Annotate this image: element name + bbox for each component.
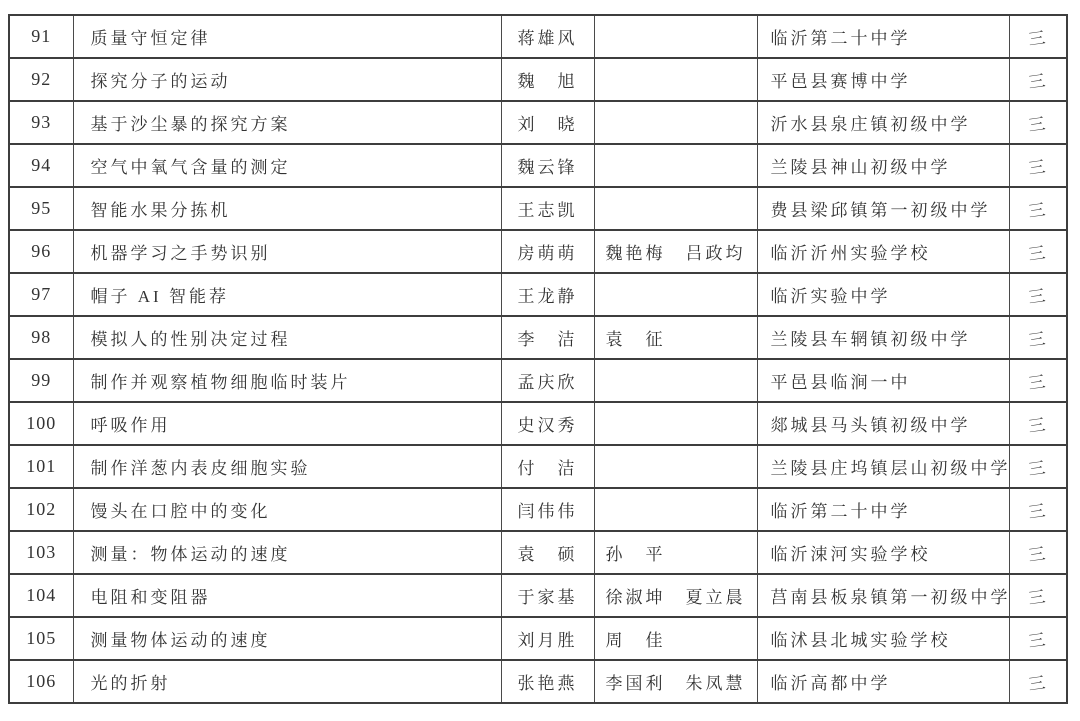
first-author-cell: 闫伟伟 bbox=[501, 488, 594, 531]
co-authors-cell: 袁 征 bbox=[594, 316, 757, 359]
award-grade: 三 bbox=[1026, 367, 1049, 395]
project-title: 探究分子的运动 bbox=[91, 72, 231, 91]
project-title: 机器学习之手势识别 bbox=[91, 244, 271, 263]
row-number: 94 bbox=[31, 155, 51, 175]
table-row: 106 光的折射 张艳燕 李国利 朱凤慧 临沂高都中学 三 bbox=[9, 660, 1067, 703]
first-author-cell: 王龙静 bbox=[501, 273, 594, 316]
award-grade-cell: 三 bbox=[1009, 574, 1067, 617]
award-grade-cell: 三 bbox=[1009, 660, 1067, 703]
table-row: 102 馒头在口腔中的变化 闫伟伟 临沂第二十中学 三 bbox=[9, 488, 1067, 531]
row-number: 101 bbox=[26, 456, 56, 476]
project-title: 测量：物体运动的速度 bbox=[91, 545, 291, 564]
award-grade: 三 bbox=[1026, 109, 1049, 137]
co-authors-cell: 徐淑坤 夏立晨 bbox=[594, 574, 757, 617]
award-grade: 三 bbox=[1026, 410, 1049, 438]
row-number-cell: 96 bbox=[9, 230, 73, 273]
first-author-name: 刘 晓 bbox=[518, 115, 578, 134]
table-row: 98 模拟人的性别决定过程 李 洁 袁 征 兰陵县车辋镇初级中学 三 bbox=[9, 316, 1067, 359]
first-author-name: 魏 旭 bbox=[518, 72, 578, 91]
school-name: 临沭县北城实验学校 bbox=[771, 631, 951, 650]
project-title-cell: 帽子 AI 智能荐 bbox=[73, 273, 501, 316]
row-number: 99 bbox=[31, 370, 51, 390]
award-grade: 三 bbox=[1026, 152, 1049, 180]
award-grade-cell: 三 bbox=[1009, 230, 1067, 273]
row-number: 104 bbox=[26, 585, 56, 605]
row-number-cell: 98 bbox=[9, 316, 73, 359]
first-author-name: 闫伟伟 bbox=[518, 502, 578, 521]
first-author-cell: 史汉秀 bbox=[501, 402, 594, 445]
project-title-cell: 基于沙尘暴的探究方案 bbox=[73, 101, 501, 144]
first-author-name: 房萌萌 bbox=[518, 244, 578, 263]
row-number-cell: 95 bbox=[9, 187, 73, 230]
school-cell: 兰陵县车辋镇初级中学 bbox=[757, 316, 1009, 359]
co-authors-cell bbox=[594, 187, 757, 230]
project-title-cell: 模拟人的性别决定过程 bbox=[73, 316, 501, 359]
award-grade-cell: 三 bbox=[1009, 488, 1067, 531]
row-number-cell: 99 bbox=[9, 359, 73, 402]
co-authors-names: 周 佳 bbox=[606, 631, 666, 650]
co-authors-names: 李国利 朱凤慧 bbox=[606, 674, 746, 693]
co-authors-names: 孙 平 bbox=[606, 545, 666, 564]
first-author-name: 李 洁 bbox=[518, 330, 578, 349]
table-row: 91 质量守恒定律 蒋雄风 临沂第二十中学 三 bbox=[9, 15, 1067, 58]
school-name: 临沂沂州实验学校 bbox=[771, 244, 931, 263]
first-author-name: 付 洁 bbox=[518, 459, 578, 478]
row-number-cell: 102 bbox=[9, 488, 73, 531]
award-grade-cell: 三 bbox=[1009, 316, 1067, 359]
school-name: 临沂第二十中学 bbox=[771, 502, 911, 521]
school-name: 临沂第二十中学 bbox=[771, 29, 911, 48]
award-grade: 三 bbox=[1026, 281, 1049, 309]
table-row: 99 制作并观察植物细胞临时装片 孟庆欣 平邑县临涧一中 三 bbox=[9, 359, 1067, 402]
school-cell: 临沂高都中学 bbox=[757, 660, 1009, 703]
award-grade-cell: 三 bbox=[1009, 273, 1067, 316]
project-title: 制作洋葱内表皮细胞实验 bbox=[91, 459, 311, 478]
first-author-name: 孟庆欣 bbox=[518, 373, 578, 392]
school-name: 沂水县泉庄镇初级中学 bbox=[771, 115, 971, 134]
project-title: 质量守恒定律 bbox=[91, 29, 211, 48]
first-author-cell: 袁 硕 bbox=[501, 531, 594, 574]
award-grade-cell: 三 bbox=[1009, 445, 1067, 488]
award-grade: 三 bbox=[1026, 66, 1049, 94]
row-number-cell: 97 bbox=[9, 273, 73, 316]
award-grade: 三 bbox=[1026, 582, 1049, 610]
table-row: 100 呼吸作用 史汉秀 郯城县马头镇初级中学 三 bbox=[9, 402, 1067, 445]
row-number: 106 bbox=[26, 671, 56, 691]
school-name: 费县梁邱镇第一初级中学 bbox=[771, 201, 991, 220]
table-row: 92 探究分子的运动 魏 旭 平邑县赛博中学 三 bbox=[9, 58, 1067, 101]
row-number-cell: 94 bbox=[9, 144, 73, 187]
co-authors-cell bbox=[594, 445, 757, 488]
first-author-cell: 李 洁 bbox=[501, 316, 594, 359]
co-authors-cell bbox=[594, 101, 757, 144]
project-title: 制作并观察植物细胞临时装片 bbox=[91, 373, 351, 392]
first-author-cell: 刘 晓 bbox=[501, 101, 594, 144]
award-grade: 三 bbox=[1026, 324, 1049, 352]
project-title: 空气中氧气含量的测定 bbox=[91, 158, 291, 177]
project-title: 智能水果分拣机 bbox=[91, 201, 231, 220]
row-number: 98 bbox=[31, 327, 51, 347]
row-number: 103 bbox=[26, 542, 56, 562]
row-number: 97 bbox=[31, 284, 51, 304]
first-author-cell: 刘月胜 bbox=[501, 617, 594, 660]
award-grade: 三 bbox=[1026, 625, 1049, 653]
co-authors-cell: 魏艳梅 吕政均 bbox=[594, 230, 757, 273]
school-name: 兰陵县庄坞镇层山初级中学 bbox=[771, 459, 1010, 478]
table-row: 94 空气中氧气含量的测定 魏云锋 兰陵县神山初级中学 三 bbox=[9, 144, 1067, 187]
award-grade: 三 bbox=[1026, 195, 1049, 223]
table-row: 97 帽子 AI 智能荐 王龙静 临沂实验中学 三 bbox=[9, 273, 1067, 316]
co-authors-names: 袁 征 bbox=[606, 330, 666, 349]
first-author-name: 蒋雄风 bbox=[518, 29, 578, 48]
school-cell: 费县梁邱镇第一初级中学 bbox=[757, 187, 1009, 230]
co-authors-cell: 周 佳 bbox=[594, 617, 757, 660]
school-name: 平邑县临涧一中 bbox=[771, 373, 911, 392]
school-cell: 临沭县北城实验学校 bbox=[757, 617, 1009, 660]
row-number-cell: 101 bbox=[9, 445, 73, 488]
school-cell: 兰陵县庄坞镇层山初级中学 bbox=[757, 445, 1009, 488]
first-author-name: 于家基 bbox=[518, 588, 578, 607]
row-number-cell: 91 bbox=[9, 15, 73, 58]
school-name: 平邑县赛博中学 bbox=[771, 72, 911, 91]
project-title-cell: 光的折射 bbox=[73, 660, 501, 703]
co-authors-cell bbox=[594, 402, 757, 445]
school-cell: 平邑县赛博中学 bbox=[757, 58, 1009, 101]
row-number-cell: 100 bbox=[9, 402, 73, 445]
project-title-cell: 质量守恒定律 bbox=[73, 15, 501, 58]
award-grade: 三 bbox=[1026, 539, 1049, 567]
row-number-cell: 104 bbox=[9, 574, 73, 617]
first-author-cell: 付 洁 bbox=[501, 445, 594, 488]
award-grade-cell: 三 bbox=[1009, 402, 1067, 445]
award-grade: 三 bbox=[1026, 238, 1049, 266]
row-number: 100 bbox=[26, 413, 56, 433]
first-author-cell: 房萌萌 bbox=[501, 230, 594, 273]
award-grade-cell: 三 bbox=[1009, 144, 1067, 187]
school-name: 莒南县板泉镇第一初级中学 bbox=[771, 588, 1010, 607]
first-author-cell: 王志凯 bbox=[501, 187, 594, 230]
project-title-cell: 馒头在口腔中的变化 bbox=[73, 488, 501, 531]
school-cell: 兰陵县神山初级中学 bbox=[757, 144, 1009, 187]
school-cell: 郯城县马头镇初级中学 bbox=[757, 402, 1009, 445]
school-cell: 临沂第二十中学 bbox=[757, 15, 1009, 58]
award-grade: 三 bbox=[1026, 668, 1049, 696]
row-number: 91 bbox=[31, 26, 51, 46]
row-number: 92 bbox=[31, 69, 51, 89]
award-grade-cell: 三 bbox=[1009, 187, 1067, 230]
first-author-cell: 于家基 bbox=[501, 574, 594, 617]
co-authors-cell: 孙 平 bbox=[594, 531, 757, 574]
school-cell: 平邑县临涧一中 bbox=[757, 359, 1009, 402]
row-number-cell: 105 bbox=[9, 617, 73, 660]
co-authors-cell bbox=[594, 273, 757, 316]
award-grade: 三 bbox=[1026, 23, 1049, 51]
award-grade: 三 bbox=[1026, 496, 1049, 524]
table-row: 103 测量：物体运动的速度 袁 硕 孙 平 临沂涑河实验学校 三 bbox=[9, 531, 1067, 574]
school-name: 临沂涑河实验学校 bbox=[771, 545, 931, 564]
table-row: 101 制作洋葱内表皮细胞实验 付 洁 兰陵县庄坞镇层山初级中学 三 bbox=[9, 445, 1067, 488]
project-title: 测量物体运动的速度 bbox=[91, 631, 271, 650]
project-title: 帽子 AI 智能荐 bbox=[91, 287, 229, 306]
project-title: 基于沙尘暴的探究方案 bbox=[91, 115, 291, 134]
co-authors-cell bbox=[594, 359, 757, 402]
school-cell: 临沂实验中学 bbox=[757, 273, 1009, 316]
project-title-cell: 制作并观察植物细胞临时装片 bbox=[73, 359, 501, 402]
co-authors-cell bbox=[594, 58, 757, 101]
co-authors-cell bbox=[594, 488, 757, 531]
first-author-cell: 张艳燕 bbox=[501, 660, 594, 703]
first-author-cell: 蒋雄风 bbox=[501, 15, 594, 58]
first-author-name: 袁 硕 bbox=[518, 545, 578, 564]
school-name: 临沂实验中学 bbox=[771, 287, 891, 306]
school-cell: 莒南县板泉镇第一初级中学 bbox=[757, 574, 1009, 617]
award-grade-cell: 三 bbox=[1009, 359, 1067, 402]
co-authors-names: 徐淑坤 夏立晨 bbox=[606, 588, 746, 607]
first-author-cell: 魏 旭 bbox=[501, 58, 594, 101]
first-author-name: 张艳燕 bbox=[518, 674, 578, 693]
row-number: 102 bbox=[26, 499, 56, 519]
table-row: 96 机器学习之手势识别 房萌萌 魏艳梅 吕政均 临沂沂州实验学校 三 bbox=[9, 230, 1067, 273]
first-author-name: 魏云锋 bbox=[518, 158, 578, 177]
project-title-cell: 呼吸作用 bbox=[73, 402, 501, 445]
first-author-name: 刘月胜 bbox=[518, 631, 578, 650]
first-author-cell: 孟庆欣 bbox=[501, 359, 594, 402]
award-grade-cell: 三 bbox=[1009, 531, 1067, 574]
project-title-cell: 测量：物体运动的速度 bbox=[73, 531, 501, 574]
school-cell: 临沂沂州实验学校 bbox=[757, 230, 1009, 273]
project-title-cell: 探究分子的运动 bbox=[73, 58, 501, 101]
award-grade-cell: 三 bbox=[1009, 101, 1067, 144]
project-title-cell: 电阻和变阻器 bbox=[73, 574, 501, 617]
row-number-cell: 92 bbox=[9, 58, 73, 101]
project-title: 呼吸作用 bbox=[91, 416, 171, 435]
award-table-body: 91 质量守恒定律 蒋雄风 临沂第二十中学 三 92 探究分子的运动 魏 旭 bbox=[9, 15, 1067, 703]
row-number: 93 bbox=[31, 112, 51, 132]
project-title: 馒头在口腔中的变化 bbox=[91, 502, 271, 521]
row-number-cell: 93 bbox=[9, 101, 73, 144]
school-name: 临沂高都中学 bbox=[771, 674, 891, 693]
school-cell: 临沂涑河实验学校 bbox=[757, 531, 1009, 574]
row-number: 96 bbox=[31, 241, 51, 261]
table-row: 105 测量物体运动的速度 刘月胜 周 佳 临沭县北城实验学校 三 bbox=[9, 617, 1067, 660]
row-number: 95 bbox=[31, 198, 51, 218]
co-authors-cell bbox=[594, 144, 757, 187]
project-title-cell: 空气中氧气含量的测定 bbox=[73, 144, 501, 187]
first-author-name: 王志凯 bbox=[518, 201, 578, 220]
project-title: 电阻和变阻器 bbox=[91, 588, 211, 607]
school-cell: 沂水县泉庄镇初级中学 bbox=[757, 101, 1009, 144]
award-grade-cell: 三 bbox=[1009, 617, 1067, 660]
co-authors-cell bbox=[594, 15, 757, 58]
project-title-cell: 智能水果分拣机 bbox=[73, 187, 501, 230]
row-number-cell: 106 bbox=[9, 660, 73, 703]
award-grade: 三 bbox=[1026, 453, 1049, 481]
project-title-cell: 测量物体运动的速度 bbox=[73, 617, 501, 660]
table-row: 104 电阻和变阻器 于家基 徐淑坤 夏立晨 莒南县板泉镇第一初级中学 三 bbox=[9, 574, 1067, 617]
co-authors-names: 魏艳梅 吕政均 bbox=[606, 244, 746, 263]
school-name: 兰陵县神山初级中学 bbox=[771, 158, 951, 177]
first-author-cell: 魏云锋 bbox=[501, 144, 594, 187]
co-authors-cell: 李国利 朱凤慧 bbox=[594, 660, 757, 703]
award-grade-cell: 三 bbox=[1009, 58, 1067, 101]
award-grade-cell: 三 bbox=[1009, 15, 1067, 58]
project-title: 光的折射 bbox=[91, 674, 171, 693]
project-title-cell: 制作洋葱内表皮细胞实验 bbox=[73, 445, 501, 488]
school-cell: 临沂第二十中学 bbox=[757, 488, 1009, 531]
table-row: 93 基于沙尘暴的探究方案 刘 晓 沂水县泉庄镇初级中学 三 bbox=[9, 101, 1067, 144]
award-table: 91 质量守恒定律 蒋雄风 临沂第二十中学 三 92 探究分子的运动 魏 旭 bbox=[8, 14, 1068, 704]
table-row: 95 智能水果分拣机 王志凯 费县梁邱镇第一初级中学 三 bbox=[9, 187, 1067, 230]
row-number: 105 bbox=[26, 628, 56, 648]
first-author-name: 史汉秀 bbox=[518, 416, 578, 435]
document-page: 91 质量守恒定律 蒋雄风 临沂第二十中学 三 92 探究分子的运动 魏 旭 bbox=[8, 14, 1068, 704]
school-name: 郯城县马头镇初级中学 bbox=[771, 416, 971, 435]
first-author-name: 王龙静 bbox=[518, 287, 578, 306]
project-title-cell: 机器学习之手势识别 bbox=[73, 230, 501, 273]
project-title: 模拟人的性别决定过程 bbox=[91, 330, 291, 349]
school-name: 兰陵县车辋镇初级中学 bbox=[771, 330, 971, 349]
row-number-cell: 103 bbox=[9, 531, 73, 574]
